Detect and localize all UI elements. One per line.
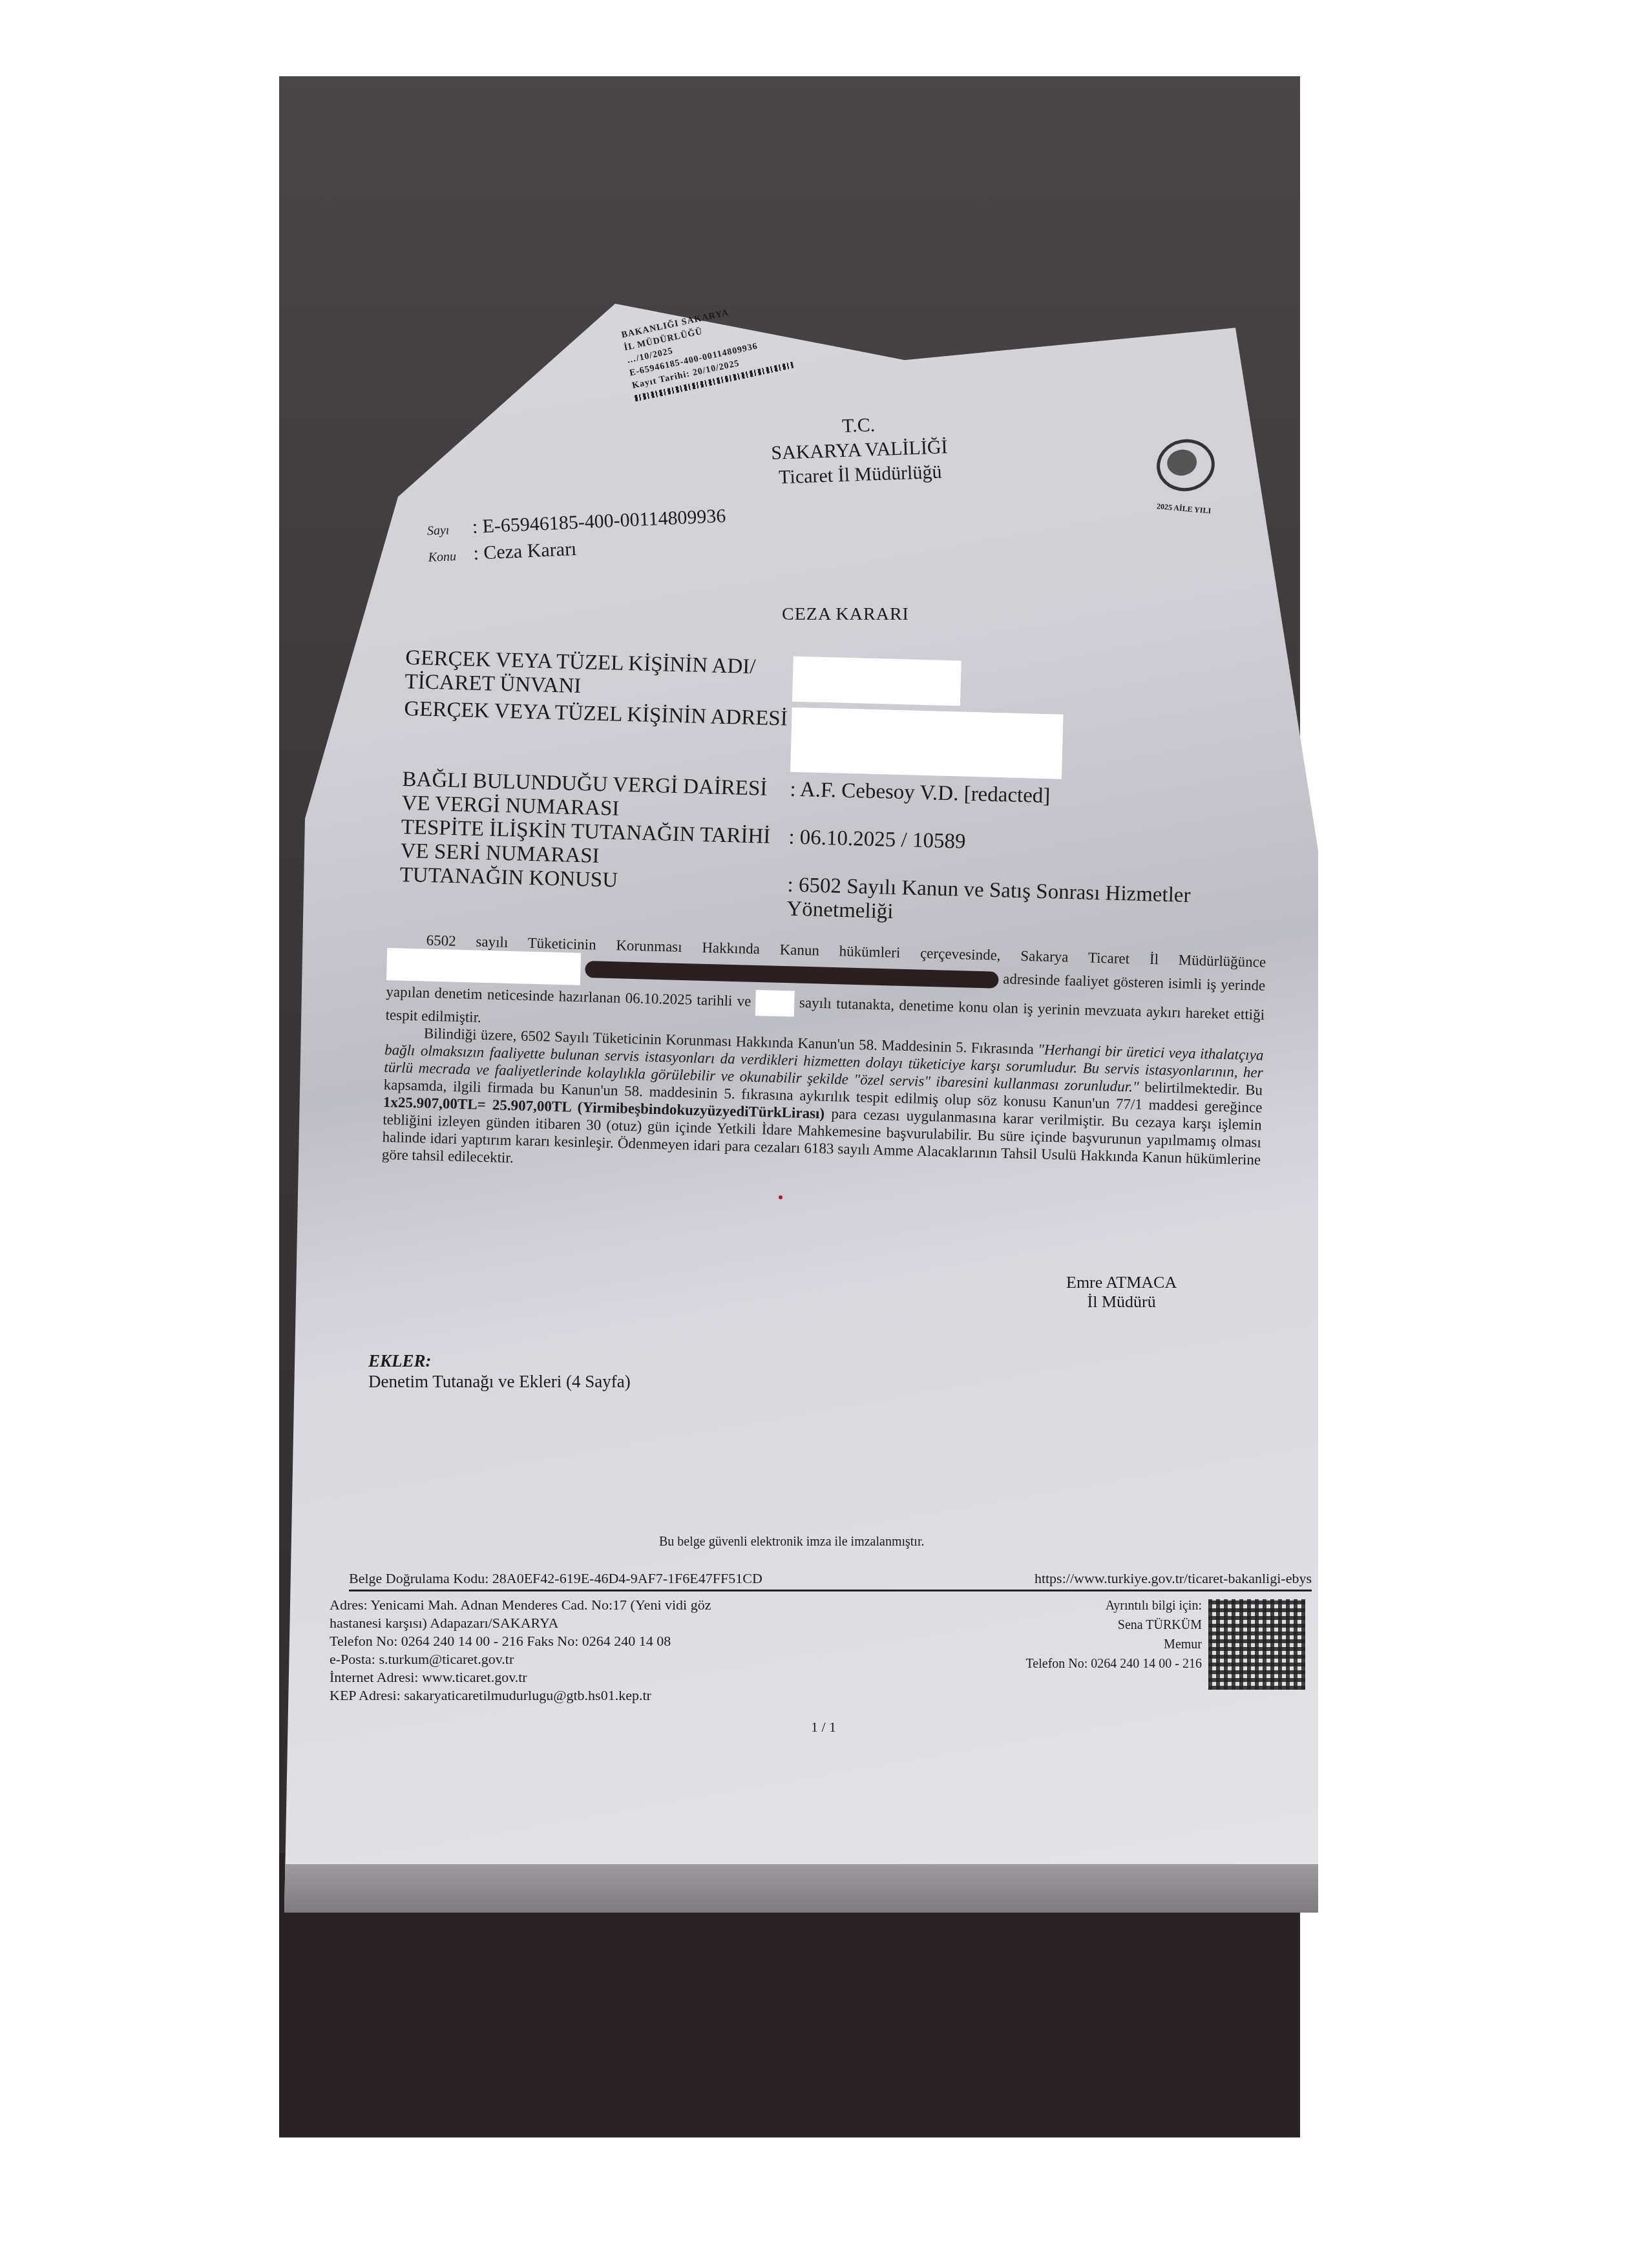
address-line: Adres: Yenicami Mah. Adnan Menderes Cad.… [330, 1596, 711, 1614]
kep-line: KEP Adresi: sakaryaticaretilmudurlugu@gt… [330, 1686, 711, 1705]
contact-info: Adres: Yenicami Mah. Adnan Menderes Cad.… [330, 1596, 711, 1705]
info-label: Ayrıntılı bilgi için: [969, 1596, 1202, 1615]
marker-redaction [585, 961, 998, 989]
attachments: EKLER: Denetim Tutanağı ve Ekleri (4 Say… [368, 1350, 631, 1392]
redacted-block [790, 708, 1063, 779]
address-line: hastanesi karşısı) Adapazarı/SAKARYA [330, 1614, 711, 1632]
qr-code-icon [1208, 1599, 1305, 1690]
body-text: adresinde faaliyet gösteren [1003, 971, 1164, 991]
phone-line: Telefon No: 0264 240 14 00 - 216 Faks No… [330, 1632, 711, 1650]
letterhead: T.C. SAKARYA VALİLİĞİ Ticaret İl Müdürlü… [742, 410, 977, 491]
field-label: TUTANAĞIN KONUSU [399, 863, 788, 921]
decision-fields: GERÇEK VEYA TÜZEL KİŞİNİN ADI/ TİCARET Ü… [399, 646, 1245, 933]
decision-body: 6502 sayılı Tüketicinin Korunması Hakkın… [382, 930, 1266, 1186]
attachment-item: Denetim Tutanağı ve Ekleri (4 Sayfa) [368, 1371, 631, 1392]
attachments-heading: EKLER: [368, 1350, 631, 1371]
paper-fold-edge [284, 1864, 1318, 1913]
redacted-block [755, 990, 795, 1017]
signer-title: İl Müdürü [1066, 1292, 1177, 1312]
pen-mark [779, 1195, 782, 1199]
signer-name: Emre ATMACA [1066, 1273, 1177, 1292]
verification-url: https://www.turkiye.gov.tr/ticaret-bakan… [1035, 1570, 1312, 1587]
email-line: e-Posta: s.turkum@ticaret.gov.tr [330, 1650, 711, 1668]
verification-code: Belge Doğrulama Kodu: 28A0EF42-619E-46D4… [349, 1570, 762, 1587]
redacted-block [792, 656, 961, 706]
redacted-block [386, 948, 581, 985]
contact-title: Memur [969, 1635, 1202, 1654]
web-line: İnternet Adresi: www.ticaret.gov.tr [330, 1668, 711, 1686]
paragraph-2: Bilindiği üzere, 6502 Sayılı Tüketicinin… [382, 1024, 1264, 1186]
esign-note: Bu belge güvenli elektronik imza ile imz… [659, 1535, 924, 1549]
contact-person: Ayrıntılı bilgi için: Sena TÜRKÜM Memur … [969, 1596, 1202, 1674]
sayi-label: Sayı [426, 517, 473, 543]
contact-name: Sena TÜRKÜM [969, 1615, 1202, 1635]
field-label: GERÇEK VEYA TÜZEL KİŞİNİN ADRESİ [403, 697, 792, 778]
verification-line: Belge Doğrulama Kodu: 28A0EF42-619E-46D4… [349, 1570, 1312, 1591]
konu-label: Konu [428, 543, 474, 570]
document-title: CEZA KARARI [782, 604, 909, 625]
konu-value: : Ceza Kararı [473, 538, 577, 564]
contact-phone: Telefon No: 0264 240 14 00 - 216 [969, 1654, 1202, 1674]
signature-block: Emre ATMACA İl Müdürü [1066, 1273, 1177, 1312]
page-number: 1 / 1 [811, 1719, 836, 1736]
